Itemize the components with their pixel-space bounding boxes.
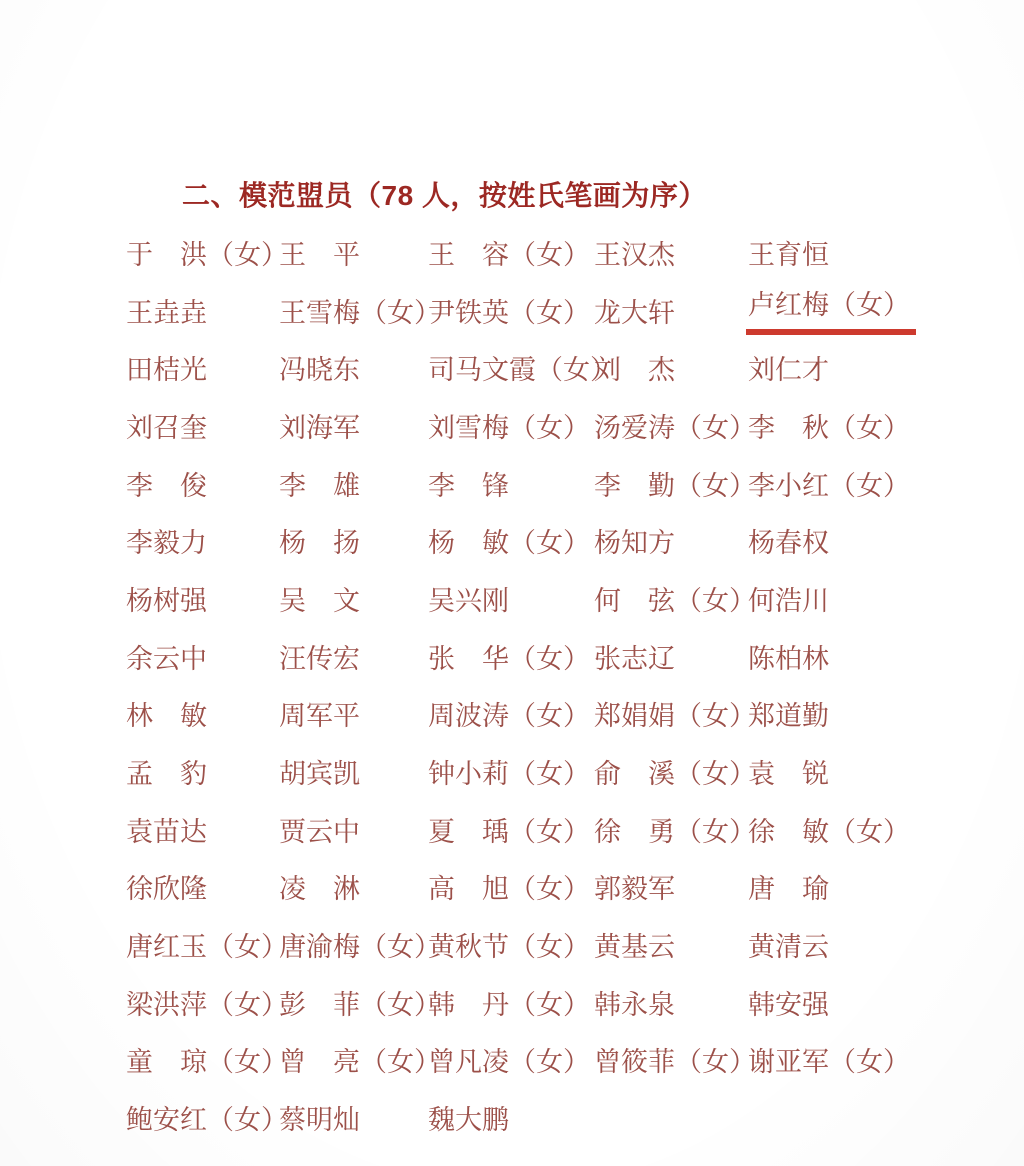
member-name: 夏 瑀（女） [428,817,590,847]
table-row: 鲍安红（女）蔡明灿魏大鹏 [126,1091,1024,1149]
member-cell: 王垚垚 [126,298,279,328]
member-cell: 龙大轩 [594,298,748,328]
member-name: 徐 敏（女） [748,817,910,847]
member-name: 王 容（女） [428,240,590,270]
member-cell: 钟小莉（女） [428,759,594,789]
member-cell: 袁 锐 [748,759,1024,789]
member-cell: 刘 杰 [594,355,748,385]
member-name-underlined: 卢红梅（女） [746,290,916,335]
member-cell: 王 平 [279,240,428,270]
member-name: 袁苗达 [126,817,207,847]
member-name: 童 琼（女） [126,1047,288,1077]
member-name: 徐 勇（女） [594,817,756,847]
member-name: 黄基云 [594,932,675,962]
member-name: 彭 菲（女） [279,990,441,1020]
member-name: 徐欣隆 [126,874,207,904]
table-row: 袁苗达贾云中夏 瑀（女）徐 勇（女）徐 敏（女） [126,803,1024,861]
member-cell: 俞 溪（女） [594,759,748,789]
member-name: 李 秋（女） [748,413,910,443]
member-name: 郭毅军 [594,874,675,904]
member-cell: 杨 敏（女） [428,528,594,558]
table-row: 于 洪（女）王 平王 容（女）王汉杰王育恒 [126,226,1024,284]
table-row: 李毅力杨 扬杨 敏（女）杨知方杨春权 [126,514,1024,572]
table-row: 童 琼（女）曾 亮（女）曾凡凌（女）曾筱菲（女）谢亚军（女） [126,1034,1024,1092]
member-name: 蔡明灿 [279,1105,360,1135]
member-cell: 王 容（女） [428,240,594,270]
member-name: 黄秋节（女） [428,932,590,962]
member-name: 李 雄 [279,471,360,501]
member-name: 梁洪萍（女） [126,990,288,1020]
member-name: 王育恒 [748,240,829,270]
member-cell: 周军平 [279,701,428,731]
member-name: 胡宾凯 [279,759,360,789]
member-cell: 汪传宏 [279,644,428,674]
member-name: 郑道勤 [748,701,829,731]
table-row: 李 俊李 雄李 锋李 勤（女）李小红（女） [126,457,1024,515]
table-row: 唐红玉（女）唐渝梅（女）黄秋节（女）黄基云黄清云 [126,918,1024,976]
member-name: 司马文霞（女） [428,355,617,385]
member-cell: 杨知方 [594,528,748,558]
member-name: 俞 溪（女） [594,759,756,789]
member-cell: 刘雪梅（女） [428,413,594,443]
member-name: 王 平 [279,240,360,270]
member-name: 孟 豹 [126,759,207,789]
member-cell: 贾云中 [279,817,428,847]
table-row: 田桔光冯晓东司马文霞（女）刘 杰刘仁才 [126,341,1024,399]
member-name: 刘海军 [279,413,360,443]
member-cell: 李 勤（女） [594,471,748,501]
section-title: 二、模范盟员（78 人，按姓氏笔画为序） [182,180,707,212]
table-row: 孟 豹胡宾凯钟小莉（女）俞 溪（女）袁 锐 [126,745,1024,803]
member-cell: 徐欣隆 [126,874,279,904]
member-cell: 李 秋（女） [748,413,1024,443]
member-name: 尹铁英（女） [428,298,590,328]
table-row: 徐欣隆凌 淋高 旭（女）郭毅军唐 瑜 [126,861,1024,919]
member-name: 李 俊 [126,471,207,501]
member-cell: 徐 敏（女） [748,817,1024,847]
member-cell: 李 俊 [126,471,279,501]
member-name: 魏大鹏 [428,1105,509,1135]
member-name: 李 勤（女） [594,471,756,501]
member-cell: 唐红玉（女） [126,932,279,962]
member-cell: 李 雄 [279,471,428,501]
member-name: 贾云中 [279,817,360,847]
member-name: 黄清云 [748,932,829,962]
member-cell: 余云中 [126,644,279,674]
member-cell: 周波涛（女） [428,701,594,731]
member-name: 汤爱涛（女） [594,413,756,443]
member-name: 王雪梅（女） [279,298,441,328]
member-cell: 吴兴刚 [428,586,594,616]
table-row: 梁洪萍（女）彭 菲（女）韩 丹（女）韩永泉韩安强 [126,976,1024,1034]
member-name: 曾筱菲（女） [594,1047,756,1077]
member-name: 曾 亮（女） [279,1047,441,1077]
member-cell: 袁苗达 [126,817,279,847]
member-cell: 汤爱涛（女） [594,413,748,443]
member-name: 谢亚军（女） [748,1047,910,1077]
member-cell: 郑娟娟（女） [594,701,748,731]
member-cell: 何浩川 [748,586,1024,616]
member-cell: 尹铁英（女） [428,298,594,328]
member-name: 吴 文 [279,586,360,616]
member-name: 刘 杰 [594,355,675,385]
member-cell: 王雪梅（女） [279,298,428,328]
member-cell: 陈柏林 [748,644,1024,674]
member-name: 杨树强 [126,586,207,616]
document-page: 二、模范盟员（78 人，按姓氏笔画为序） 于 洪（女）王 平王 容（女）王汉杰王… [0,0,1024,1166]
member-name: 李小红（女） [748,471,910,501]
table-row: 杨树强吴 文吴兴刚何 弦（女）何浩川 [126,572,1024,630]
member-name: 张 华（女） [428,644,590,674]
member-cell: 黄基云 [594,932,748,962]
member-cell: 杨树强 [126,586,279,616]
member-name: 刘雪梅（女） [428,413,590,443]
member-name: 余云中 [126,644,207,674]
member-cell: 黄清云 [748,932,1024,962]
member-name: 杨知方 [594,528,675,558]
member-name: 唐红玉（女） [126,932,288,962]
member-cell: 张志辽 [594,644,748,674]
member-cell: 郑道勤 [748,701,1024,731]
member-name: 吴兴刚 [428,586,509,616]
member-cell: 张 华（女） [428,644,594,674]
member-name: 钟小莉（女） [428,759,590,789]
table-row: 刘召奎刘海军刘雪梅（女）汤爱涛（女）李 秋（女） [126,399,1024,457]
member-cell: 胡宾凯 [279,759,428,789]
member-cell: 谢亚军（女） [748,1047,1024,1077]
member-cell: 杨 扬 [279,528,428,558]
table-row: 王垚垚王雪梅（女）尹铁英（女）龙大轩卢红梅（女） [126,284,1024,342]
member-cell: 吴 文 [279,586,428,616]
member-name: 杨春权 [748,528,829,558]
member-name: 高 旭（女） [428,874,590,904]
member-name: 凌 淋 [279,874,360,904]
member-name: 何 弦（女） [594,586,756,616]
member-roster: 于 洪（女）王 平王 容（女）王汉杰王育恒王垚垚王雪梅（女）尹铁英（女）龙大轩卢… [126,226,1024,1149]
member-name: 杨 扬 [279,528,360,558]
member-name: 韩安强 [748,990,829,1020]
member-cell: 唐渝梅（女） [279,932,428,962]
member-cell: 夏 瑀（女） [428,817,594,847]
member-name: 李毅力 [126,528,207,558]
member-name: 曾凡凌（女） [428,1047,590,1077]
member-cell: 韩 丹（女） [428,990,594,1020]
member-cell: 韩安强 [748,990,1024,1020]
member-cell: 韩永泉 [594,990,748,1020]
member-cell: 孟 豹 [126,759,279,789]
member-cell: 林 敏 [126,701,279,731]
member-name: 田桔光 [126,355,207,385]
member-cell: 曾 亮（女） [279,1047,428,1077]
member-name: 何浩川 [748,586,829,616]
member-name: 唐渝梅（女） [279,932,441,962]
member-cell: 唐 瑜 [748,874,1024,904]
member-name: 郑娟娟（女） [594,701,756,731]
member-cell: 郭毅军 [594,874,748,904]
table-row: 余云中汪传宏张 华（女）张志辽陈柏林 [126,630,1024,688]
member-cell: 徐 勇（女） [594,817,748,847]
member-name: 韩永泉 [594,990,675,1020]
member-name: 周军平 [279,701,360,731]
member-cell: 鲍安红（女） [126,1105,279,1135]
member-name: 林 敏 [126,701,207,731]
member-cell: 凌 淋 [279,874,428,904]
member-name: 杨 敏（女） [428,528,590,558]
member-name: 唐 瑜 [748,874,829,904]
member-name: 冯晓东 [279,355,360,385]
member-cell: 蔡明灿 [279,1105,428,1135]
member-name: 刘召奎 [126,413,207,443]
member-cell: 曾筱菲（女） [594,1047,748,1077]
member-name: 韩 丹（女） [428,990,590,1020]
table-row: 林 敏周军平周波涛（女）郑娟娟（女）郑道勤 [126,688,1024,746]
member-name: 于 洪（女） [126,240,288,270]
member-cell: 梁洪萍（女） [126,990,279,1020]
member-cell: 童 琼（女） [126,1047,279,1077]
member-cell: 李毅力 [126,528,279,558]
member-cell: 于 洪（女） [126,240,279,270]
member-cell: 刘海军 [279,413,428,443]
member-name: 周波涛（女） [428,701,590,731]
member-name: 袁 锐 [748,759,829,789]
member-cell: 高 旭（女） [428,874,594,904]
member-name: 汪传宏 [279,644,360,674]
member-cell: 刘仁才 [748,355,1024,385]
member-cell: 司马文霞（女） [428,355,594,385]
member-cell: 李小红（女） [748,471,1024,501]
member-name: 张志辽 [594,644,675,674]
member-cell: 田桔光 [126,355,279,385]
member-name: 李 锋 [428,471,509,501]
member-name: 陈柏林 [748,644,829,674]
member-cell: 刘召奎 [126,413,279,443]
member-name: 王垚垚 [126,298,207,328]
member-cell: 李 锋 [428,471,594,501]
member-cell: 卢红梅（女） [748,290,1024,335]
member-name: 鲍安红（女） [126,1105,288,1135]
member-cell: 冯晓东 [279,355,428,385]
member-cell: 何 弦（女） [594,586,748,616]
member-cell: 魏大鹏 [428,1105,594,1135]
member-cell: 黄秋节（女） [428,932,594,962]
member-cell: 曾凡凌（女） [428,1047,594,1077]
member-cell: 杨春权 [748,528,1024,558]
member-cell: 彭 菲（女） [279,990,428,1020]
member-name: 龙大轩 [594,298,675,328]
member-name: 刘仁才 [748,355,829,385]
member-cell: 王育恒 [748,240,1024,270]
member-name: 王汉杰 [594,240,675,270]
member-cell: 王汉杰 [594,240,748,270]
